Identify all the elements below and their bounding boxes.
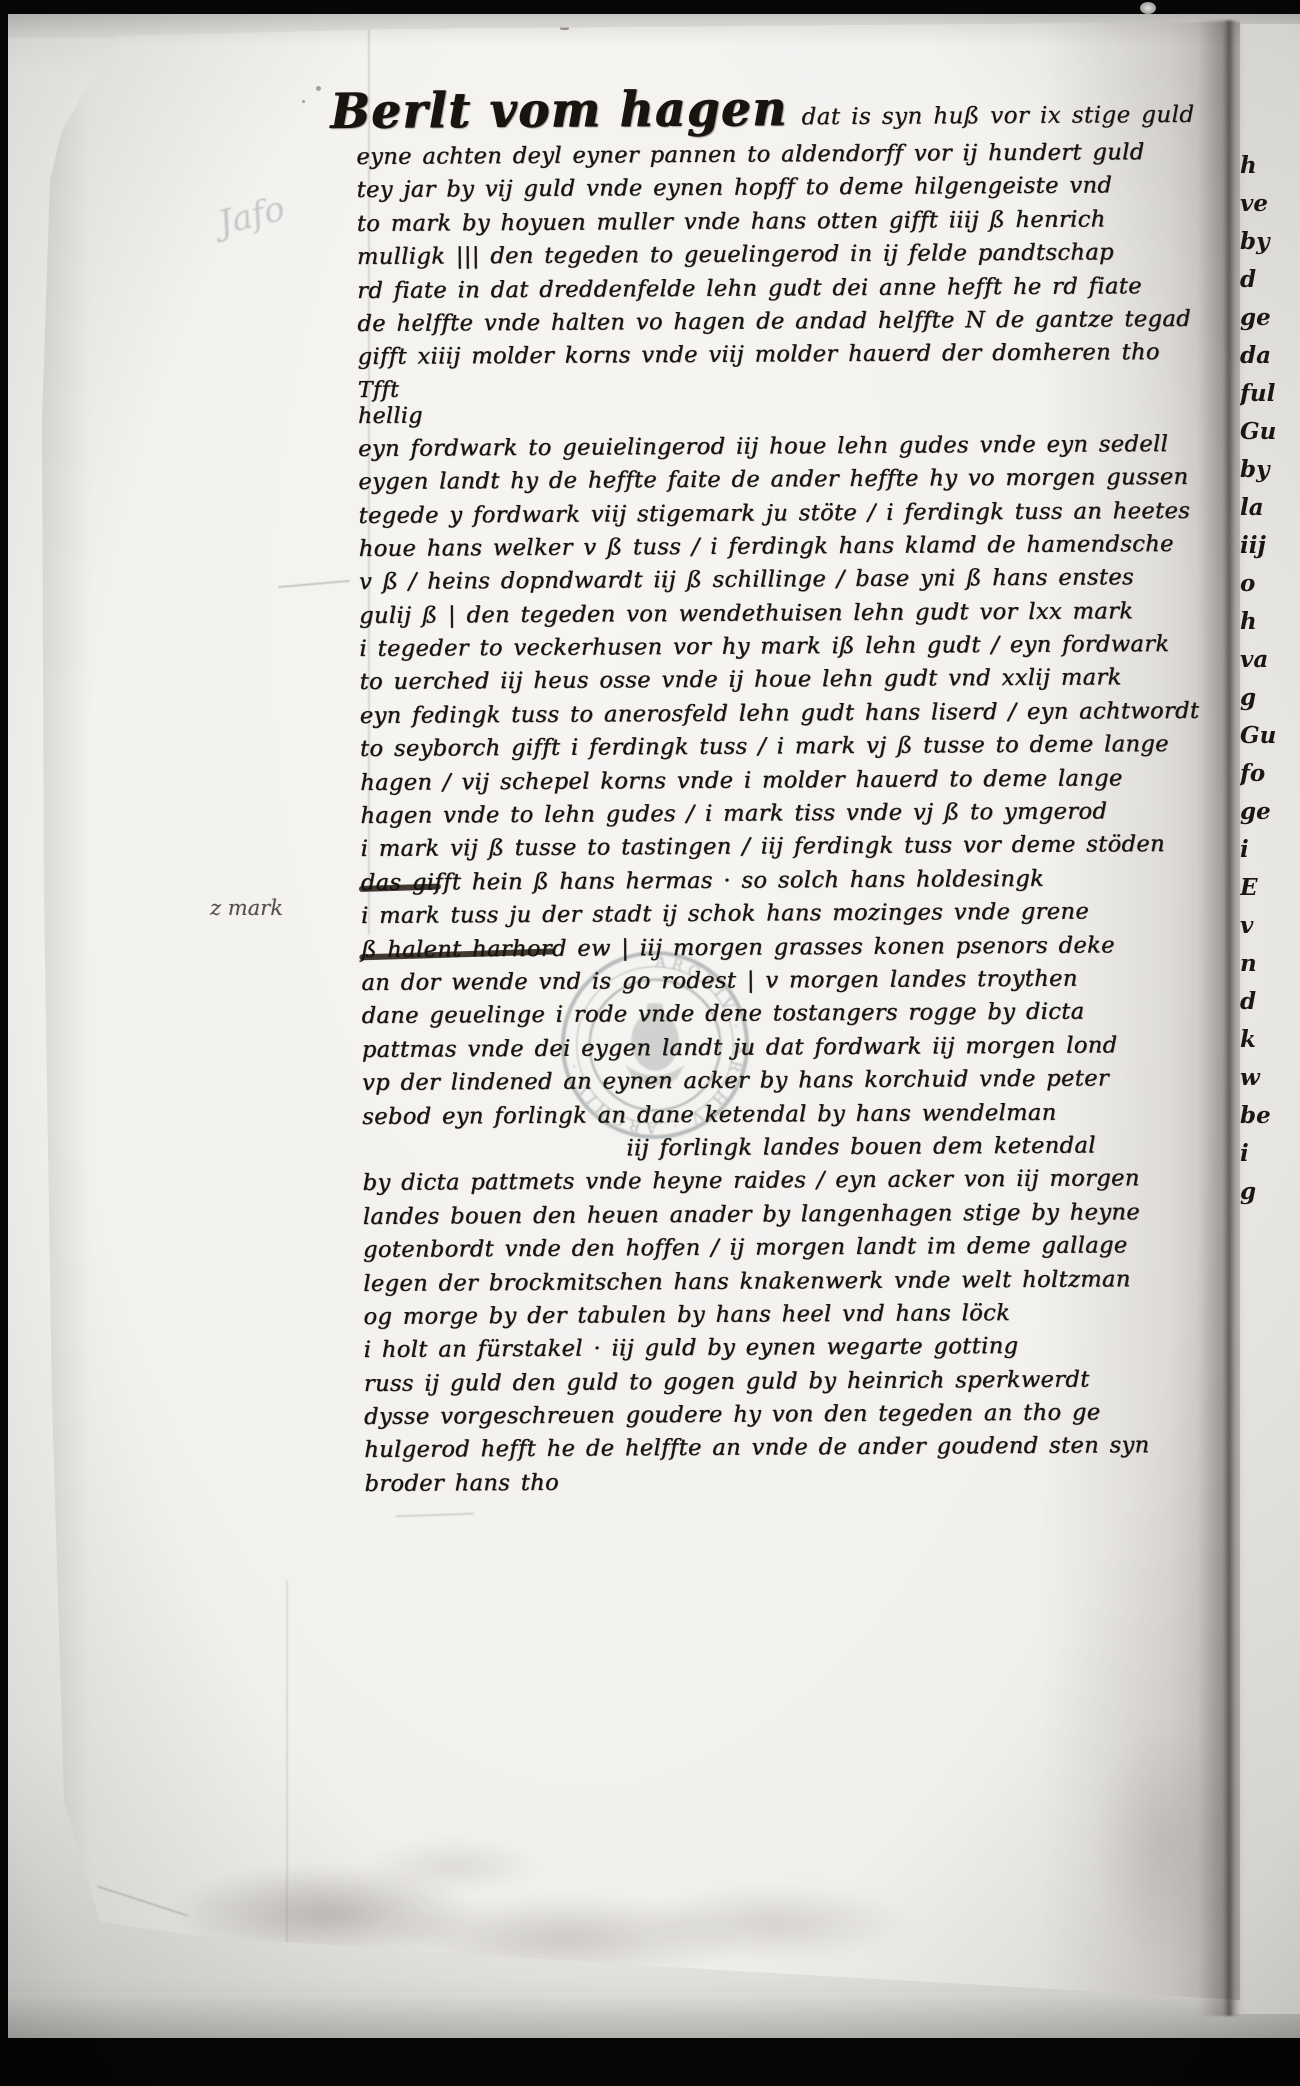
heading-continuation: dat is syn huß vor ix stige guld — [801, 102, 1194, 130]
facing-page-text-fragment: n — [1240, 950, 1298, 984]
manuscript-line: i tegeder to veckerhusen vor hy mark iß … — [359, 631, 1219, 670]
margin-pencil-note: Jafo — [214, 188, 289, 243]
manuscript-line: i holt an fürstakel · iij guld by eynen … — [364, 1332, 1224, 1371]
paragraph-3: by dicta pattmets vnde heyne raides / ey… — [363, 1165, 1225, 1504]
facing-page-text-fragment: d — [1240, 988, 1298, 1022]
facing-page-text-fragment: Gu — [1240, 722, 1298, 756]
paragraph-1: eyne achten deyl eyner pannen to aldendo… — [356, 139, 1217, 378]
facing-page-text-fragment: k — [1240, 1026, 1298, 1060]
pencil-mark-bottom — [97, 1885, 188, 1916]
manuscript-line: hulgerod hefft he de helffte an vnde de … — [364, 1432, 1224, 1471]
manuscript-line: rd fiate in dat dreddenfelde lehn gudt d… — [357, 272, 1217, 311]
manuscript-line: pattmas vnde dei eygen landt ju dat ford… — [362, 1031, 1222, 1070]
facing-page-text-fragment: da — [1240, 342, 1298, 376]
manuscript-line: das gifft hein ß hans hermas · so solch … — [361, 865, 1221, 904]
ink-speck — [316, 86, 321, 91]
manuscript-line: tey jar by vij guld vnde eynen hopff to … — [357, 172, 1217, 211]
manuscript-line: legen der brockmitschen hans knakenwerk … — [363, 1265, 1223, 1304]
manuscript-line: to uerched iij heus osse vnde ij houe le… — [360, 664, 1220, 703]
manuscript-line: eyne achten deyl eyner pannen to aldendo… — [356, 139, 1216, 178]
manuscript-line: de helffte vnde halten vo hagen de andad… — [357, 306, 1217, 345]
facing-page-text-fragment: la — [1240, 494, 1298, 528]
manuscript-line: hagen vnde to lehn gudes / i mark tiss v… — [360, 798, 1220, 837]
manuscript-line: broder hans tho — [364, 1466, 1224, 1505]
facing-page-text-fragment: o — [1240, 570, 1298, 604]
margin-ink-note: z mark — [210, 896, 283, 920]
book-bottom-edge — [8, 1992, 1300, 2038]
manuscript-line: og morge by der tabulen by hans heel vnd… — [363, 1299, 1223, 1338]
manuscript-line: houe hans welker v ß tuss / i ferdingk h… — [359, 531, 1219, 570]
manuscript-line: gifft xiiij molder korns vnde viij molde… — [358, 339, 1218, 378]
catchword-line: hellig — [358, 398, 1218, 429]
manuscript-line: sebod eyn forlingk an dane ketendal by h… — [362, 1098, 1222, 1137]
facing-page-text-fragment: ve — [1240, 190, 1298, 224]
facing-page-text-fragment: g — [1240, 684, 1298, 718]
facing-page-text-fragment: E — [1240, 874, 1298, 908]
ink-speck — [302, 100, 305, 103]
facing-page-text-fragment: ge — [1240, 798, 1298, 832]
manuscript-line: dane geuelinge i rode vnde dene tostange… — [362, 998, 1222, 1037]
backdrop-highlight-dot — [1140, 2, 1156, 14]
facing-page-text-fragment: i — [1240, 836, 1298, 870]
manuscript-line: i mark tuss ju der stadt ij schok hans m… — [361, 898, 1221, 937]
pencil-smudge — [396, 1513, 474, 1518]
facing-page-text-fragment: g — [1240, 1178, 1298, 1212]
facing-page-text-fragment: iij — [1240, 532, 1298, 566]
manuscript-line: russ ij guld den guld to gogen guld by h… — [364, 1365, 1224, 1404]
facing-page-text-fragment: h — [1240, 608, 1298, 642]
facing-page-text-fragment: be — [1240, 1102, 1298, 1136]
manuscript-page: ARCHIV · ARCHIV · ARCHIV · Berlt vom hag… — [0, 0, 1300, 2086]
entry-heading: Berlt vom hagen — [330, 80, 788, 140]
manuscript-line: dysse vorgeschreuen goudere hy von den t… — [364, 1399, 1224, 1438]
facing-page-text-fragment: v — [1240, 912, 1298, 946]
manuscript-line: by dicta pattmets vnde heyne raides / ey… — [363, 1165, 1223, 1204]
manuscript-line: eygen landt hy de heffte faite de ander … — [358, 464, 1218, 503]
manuscript-line: to seyborch gifft i ferdingk tuss / i ma… — [360, 731, 1220, 770]
manuscript-line: gulij ß | den tegeden von wendethuisen l… — [359, 597, 1219, 636]
manuscript-line: gotenbordt vnde den hoffen / ij morgen l… — [363, 1232, 1223, 1271]
facing-page-text-fragment: by — [1240, 228, 1298, 262]
facing-page-text-fragment: w — [1240, 1064, 1298, 1098]
facing-page-text-fragment: d — [1240, 266, 1298, 300]
facing-page-strip: hvebydgedafulGubylaiijohvagGufogeiEvndkw… — [1232, 24, 1300, 2014]
manuscript-line: to mark by hoyuen muller vnde hans otten… — [357, 206, 1217, 245]
manuscript-line: landes bouen den heuen anader by langenh… — [363, 1198, 1223, 1237]
facing-page-text-fragment: fo — [1240, 760, 1298, 794]
fold-crease-bottom — [286, 1580, 288, 1980]
facing-page-text-fragment: h — [1240, 152, 1298, 186]
manuscript-line: eyn fordwark to geuielingerod iij houe l… — [358, 430, 1218, 469]
facing-page-text-fragment: va — [1240, 646, 1298, 680]
catchword-block: Tffthellig — [358, 372, 1218, 429]
manuscript-line: mulligk ||| den tegeden to geuelingerod … — [357, 239, 1217, 278]
facing-page-text-fragment: by — [1240, 456, 1298, 490]
photograph-backdrop: hvebydgedafulGubylaiijohvagGufogeiEvndkw… — [0, 0, 1300, 2086]
pencil-dash — [278, 580, 350, 588]
manuscript-text-block: Berlt vom hagendat is syn huß vor ix sti… — [356, 79, 1225, 1504]
manuscript-line: hagen / vij schepel korns vnde i molder … — [360, 764, 1220, 803]
paragraph-2: eyn fordwark to geuielingerod iij houe l… — [358, 430, 1222, 1136]
manuscript-line: tegede y fordwark viij stigemark ju stöt… — [359, 497, 1219, 536]
manuscript-line: v ß / heins dopndwardt iij ß schillinge … — [359, 564, 1219, 603]
facing-page-text-fragment: i — [1240, 1140, 1298, 1174]
manuscript-line: eyn fedingk tuss to anerosfeld lehn gudt… — [360, 698, 1220, 737]
manuscript-line: vp der lindened an eynen acker by hans k… — [362, 1065, 1222, 1104]
facing-page-text-fragment: ful — [1240, 380, 1298, 414]
manuscript-line: ß halent harhord ew | iij morgen grasses… — [361, 931, 1221, 970]
manuscript-line: an dor wende vnd is go rodest | v morgen… — [361, 965, 1221, 1004]
facing-page-text-fragment: Gu — [1240, 418, 1298, 452]
manuscript-line: i mark vij ß tusse to tastingen / iij fe… — [361, 831, 1221, 870]
facing-page-text-fragment: ge — [1240, 304, 1298, 338]
entry-heading-row: Berlt vom hagendat is syn huß vor ix sti… — [330, 79, 1216, 138]
right-edge-stain — [1050, 1680, 1240, 2010]
inset-line: iij forlingk landes bouen dem ketendal — [362, 1132, 1222, 1171]
